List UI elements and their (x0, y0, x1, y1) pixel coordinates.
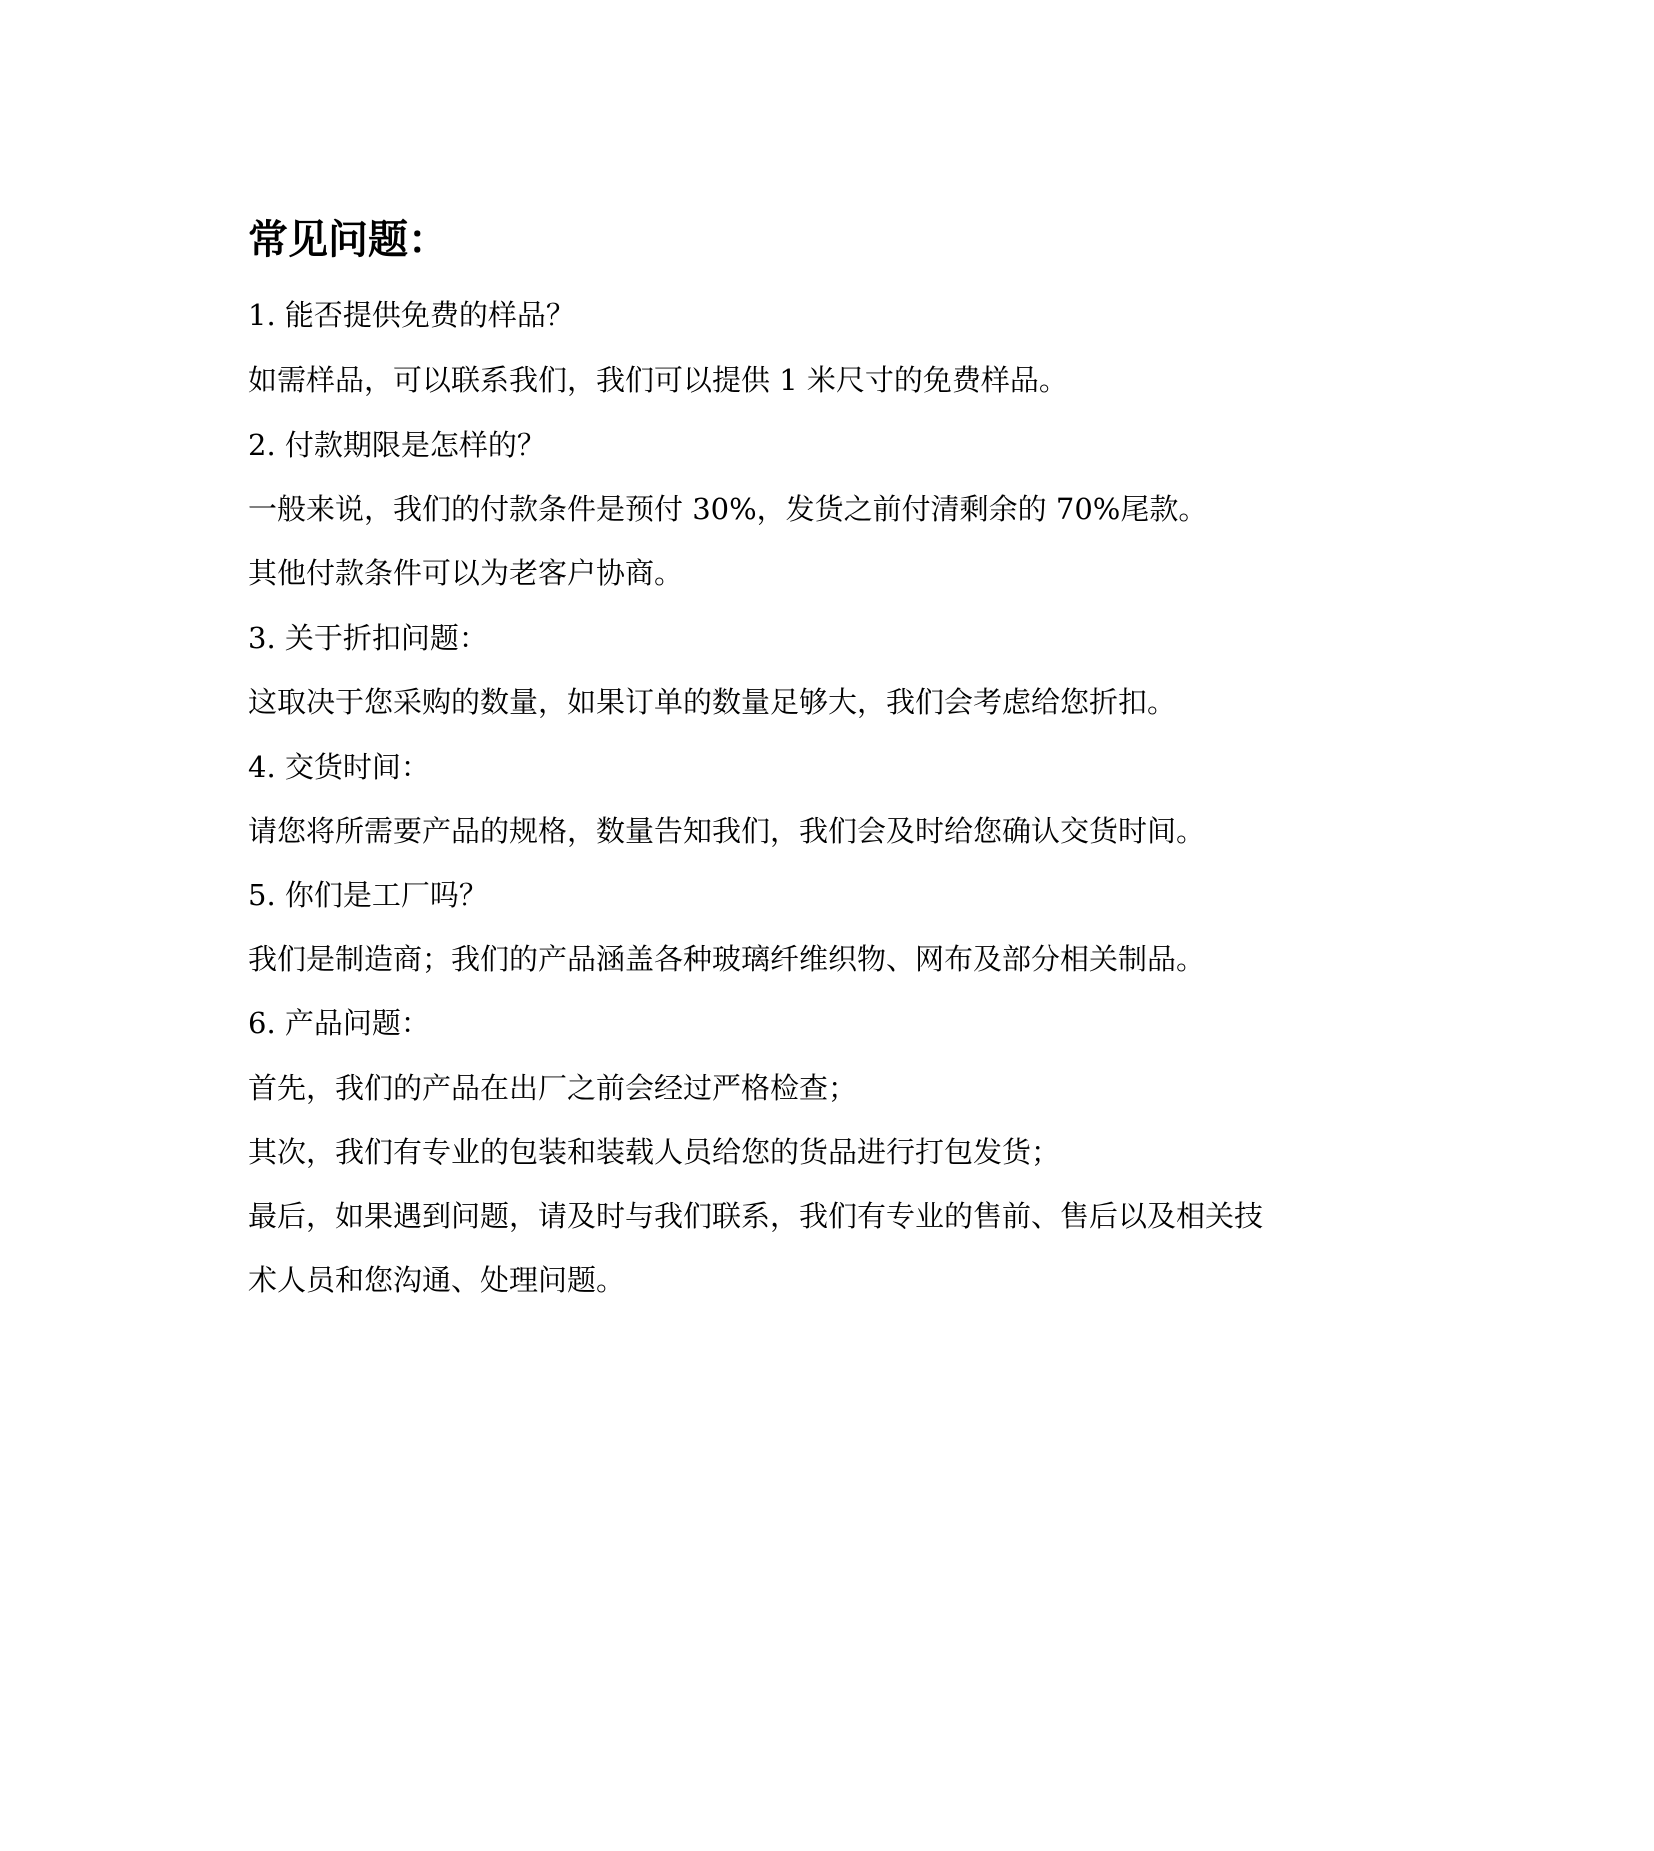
page-title: 常见问题： (248, 215, 448, 265)
answer-2-line-2: 其他付款条件可以为老客户协商。 (248, 553, 683, 593)
question-4: 4. 交货时间： (248, 747, 430, 787)
answer-6-line-1: 首先，我们的产品在出厂之前会经过严格检查； (248, 1068, 857, 1108)
answer-6-line-2: 其次，我们有专业的包装和装载人员给您的货品进行打包发货； (248, 1132, 1060, 1172)
answer-2-line-1: 一般来说，我们的付款条件是预付 30%，发货之前付清剩余的 70%尾款。 (248, 489, 1207, 529)
question-5: 5. 你们是工厂吗？ (248, 875, 488, 915)
answer-6-line-3: 最后，如果遇到问题，请及时与我们联系，我们有专业的售前、售后以及相关技 (248, 1196, 1263, 1236)
question-1: 1. 能否提供免费的样品？ (248, 295, 575, 335)
answer-6-line-4: 术人员和您沟通、处理问题。 (248, 1260, 625, 1300)
question-3: 3. 关于折扣问题： (248, 618, 488, 658)
question-6: 6. 产品问题： (248, 1003, 430, 1043)
answer-5: 我们是制造商；我们的产品涵盖各种玻璃纤维织物、网布及部分相关制品。 (248, 939, 1205, 979)
answer-1: 如需样品，可以联系我们，我们可以提供 1 米尺寸的免费样品。 (248, 360, 1068, 400)
answer-4: 请您将所需要产品的规格，数量告知我们，我们会及时给您确认交货时间。 (248, 811, 1205, 851)
question-2: 2. 付款期限是怎样的？ (248, 425, 546, 465)
answer-3: 这取决于您采购的数量，如果订单的数量足够大，我们会考虑给您折扣。 (248, 682, 1176, 722)
